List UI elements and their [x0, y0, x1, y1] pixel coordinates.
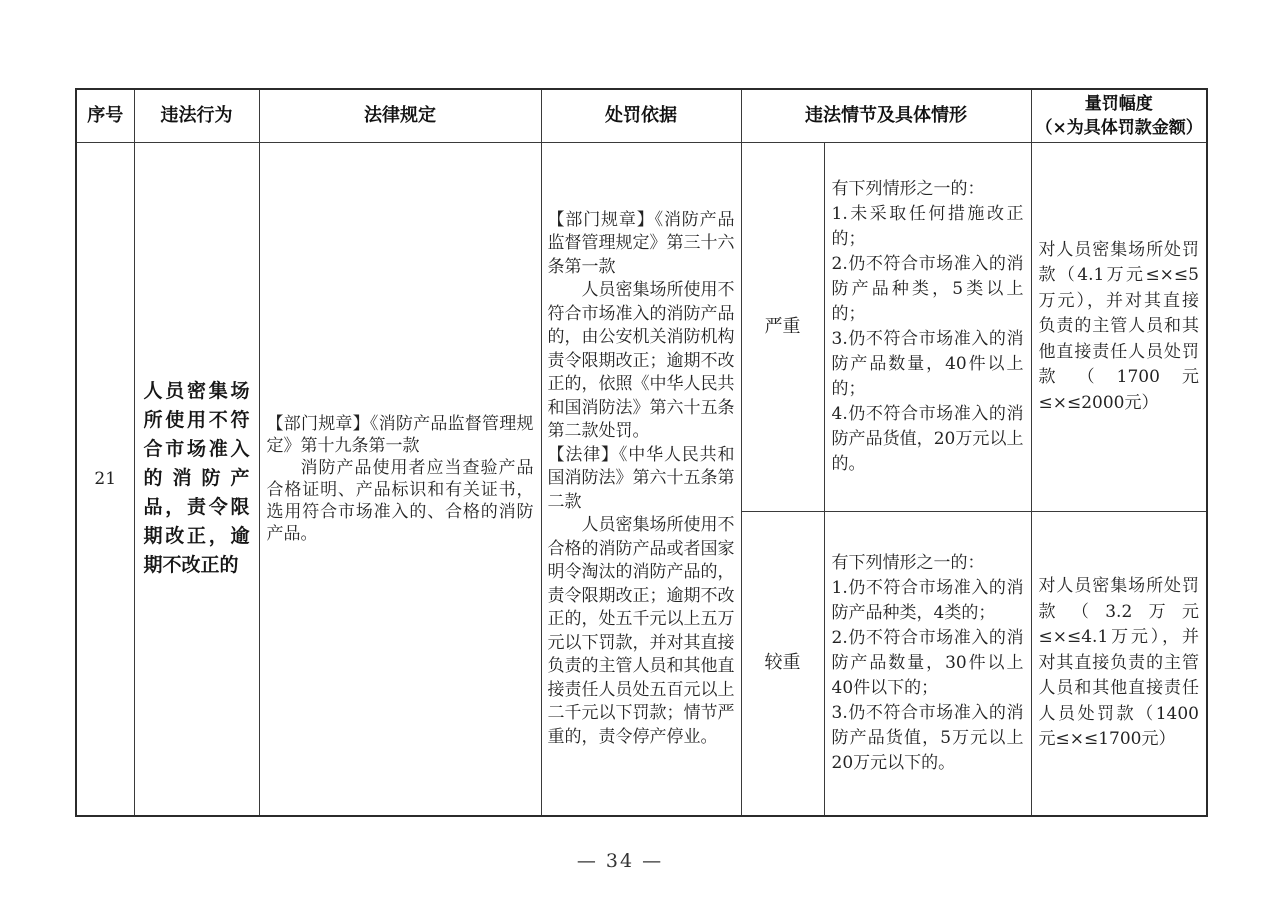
- situations-intro: 有下列情形之一的：: [832, 177, 1024, 202]
- situation-item: 3.仍不符合市场准入的消防产品货值，5万元以上20万元以下的。: [832, 701, 1024, 776]
- legal-provision-title: 【部门规章】《消防产品监督管理规定》第十九条第一款: [267, 413, 534, 457]
- table-row-severe: 21 人员密集场所使用不符合市场准入的消防产品，责令限期改正，逾期不改正的 【部…: [76, 143, 1207, 512]
- header-basis: 处罚依据: [541, 89, 741, 143]
- header-seq: 序号: [76, 89, 134, 143]
- situation-item: 2.仍不符合市场准入的消防产品种类，5类以上的；: [832, 252, 1024, 327]
- situations-intro: 有下列情形之一的：: [832, 551, 1024, 576]
- cell-penalty-moderate: 对人员密集场所处罚款（3.2万元≤×≤4.1万元），并对其直接负责的主管人员和其…: [1031, 512, 1207, 816]
- header-penalty-title: 量罚幅度: [1036, 92, 1203, 116]
- penalty-text: 对人员密集场所处罚款（4.1万元≤×≤5万元），并对其直接负责的主管人员和其他直…: [1039, 238, 1200, 417]
- legal-provision-body: 消防产品使用者应当查验产品合格证明、产品标识和有关证书，选用符合市场准入的、合格…: [267, 457, 534, 545]
- cell-situations-moderate: 有下列情形之一的： 1.仍不符合市场准入的消防产品种类，4类的； 2.仍不符合市…: [824, 512, 1031, 816]
- page-number: — 34 —: [0, 850, 1240, 872]
- table-header-row: 序号 违法行为 法律规定 处罚依据 违法情节及具体情形 量罚幅度 （×为具体罚款…: [76, 89, 1207, 143]
- cell-sequence-number: 21: [76, 143, 134, 816]
- situation-item: 1.仍不符合市场准入的消防产品种类，4类的；: [832, 576, 1024, 626]
- cell-severity-moderate: 较重: [741, 512, 824, 816]
- basis-law-title: 【法律】《中华人民共和国消防法》第六十五条第二款: [548, 444, 735, 515]
- situation-item: 2.仍不符合市场准入的消防产品数量，30件以上40件以下的；: [832, 626, 1024, 701]
- cell-penalty-severe: 对人员密集场所处罚款（4.1万元≤×≤5万元），并对其直接负责的主管人员和其他直…: [1031, 143, 1207, 512]
- basis-law-body: 人员密集场所使用不合格的消防产品或者国家明令淘汰的消防产品的，责令限期改正；逾期…: [548, 514, 735, 749]
- penalty-text: 对人员密集场所处罚款（3.2万元≤×≤4.1万元），并对其直接负责的主管人员和其…: [1039, 574, 1200, 753]
- cell-situations-severe: 有下列情形之一的： 1.未采取任何措施改正的； 2.仍不符合市场准入的消防产品种…: [824, 143, 1031, 512]
- document-page: 序号 违法行为 法律规定 处罚依据 违法情节及具体情形 量罚幅度 （×为具体罚款…: [0, 0, 1280, 905]
- basis-regulation-title: 【部门规章】《消防产品监督管理规定》第三十六条第一款: [548, 209, 735, 280]
- header-penalty: 量罚幅度 （×为具体罚款金额）: [1031, 89, 1207, 143]
- basis-regulation-body: 人员密集场所使用不符合市场准入的消防产品的，由公安机关消防机构责令限期改正；逾期…: [548, 279, 735, 444]
- cell-legal-provision: 【部门规章】《消防产品监督管理规定》第十九条第一款 消防产品使用者应当查验产品合…: [259, 143, 541, 816]
- header-penalty-note: （×为具体罚款金额）: [1036, 116, 1203, 140]
- cell-severity-severe: 严重: [741, 143, 824, 512]
- situation-item: 1.未采取任何措施改正的；: [832, 202, 1024, 252]
- penalty-rule-table: 序号 违法行为 法律规定 处罚依据 违法情节及具体情形 量罚幅度 （×为具体罚款…: [75, 88, 1208, 817]
- cell-punishment-basis: 【部门规章】《消防产品监督管理规定》第三十六条第一款 人员密集场所使用不符合市场…: [541, 143, 741, 816]
- situation-item: 4.仍不符合市场准入的消防产品货值，20万元以上的。: [832, 402, 1024, 477]
- header-circumstances: 违法情节及具体情形: [741, 89, 1031, 143]
- cell-illegal-behavior: 人员密集场所使用不符合市场准入的消防产品，责令限期改正，逾期不改正的: [134, 143, 259, 816]
- situation-item: 3.仍不符合市场准入的消防产品数量，40件以上的；: [832, 327, 1024, 402]
- header-legal: 法律规定: [259, 89, 541, 143]
- header-behavior: 违法行为: [134, 89, 259, 143]
